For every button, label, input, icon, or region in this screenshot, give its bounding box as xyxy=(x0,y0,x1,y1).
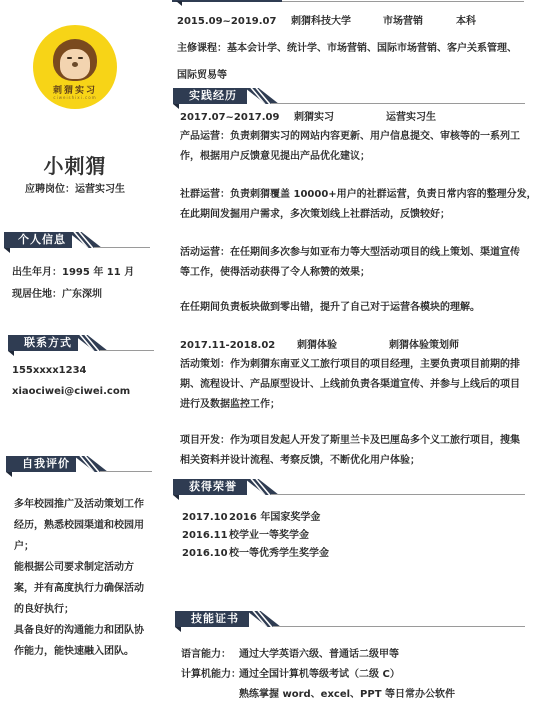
eval-line: 作能力，能快速融入团队。 xyxy=(14,641,154,662)
job-company: 刺猬体验 xyxy=(297,339,337,353)
eye-left xyxy=(67,57,72,59)
section-header-experience: 实践经历 xyxy=(173,86,525,108)
job-item-line: 活动策划：作为刺猬东南亚义工旅行项目的项目经理，主要负责项目前期的排 xyxy=(180,355,520,375)
job-item-line: 在此期间发掘用户需求，多次策划线上社群活动，反馈较好； xyxy=(180,205,537,225)
job-item: 项目开发：作为项目发起人开发了斯里兰卡及巴厘岛多个义工旅行项目，搜集 相关资料并… xyxy=(180,431,520,471)
candidate-name: 小刺猬 xyxy=(0,150,150,179)
honor-name: 校一等优秀学生奖学金 xyxy=(229,547,329,561)
job-item-line: 等工作，使得活动获得了令人称赞的效果； xyxy=(180,263,520,283)
job-item-line: 在任期间负责板块做到零出错，提升了自己对于运营各模块的理解。 xyxy=(180,298,480,318)
job-item-line: 社群运营：负责刺猬覆盖 10000+用户的社群运营，负责日常内容的整理分发， xyxy=(180,185,537,205)
eval-line: 能根据公司要求制定活动方 xyxy=(14,557,154,578)
section-header-self-evaluation: 自我评价 xyxy=(6,454,152,476)
honor-date: 2017.10 xyxy=(182,511,228,525)
section-title: 技能证书 xyxy=(191,611,239,627)
birth-date: 出生年月：1995 年 11 月 xyxy=(12,266,134,280)
job-role: 运营实习生 xyxy=(386,111,436,125)
job-company: 刺猬实习 xyxy=(294,111,334,125)
eval-line: 户； xyxy=(14,536,154,557)
job-item: 社群运营：负责刺猬覆盖 10000+用户的社群运营，负责日常内容的整理分发， 在… xyxy=(180,185,537,225)
self-evaluation-text: 多年校园推广及活动策划工作 经历，熟悉校园渠道和校园用 户； 能根据公司要求制定… xyxy=(14,494,154,662)
hedgehog-face xyxy=(60,49,90,79)
honor-name: 2016 年国家奖学金 xyxy=(229,511,320,525)
section-header-personal-info: 个人信息 xyxy=(4,230,150,252)
eval-line: 案，并有高度执行力确保活动 xyxy=(14,578,154,599)
section-title: 实践经历 xyxy=(189,88,237,104)
skill-computer-value: 通过全国计算机等级考试（二级 C） xyxy=(239,668,400,682)
skill-language-label: 语言能力： xyxy=(181,648,231,662)
job-item-line: 产品运营：负责刺猬实习的网站内容更新、用户信息提交、审核等的一系列工 xyxy=(180,127,520,147)
eval-line: 多年校园推广及活动策划工作 xyxy=(14,494,154,515)
applied-position: 应聘岗位：运营实习生 xyxy=(0,183,150,197)
job-item-line: 期、流程设计、产品原型设计、上线前负责各渠道宣传、并参与上线后的项目 xyxy=(180,375,520,395)
job-item-line: 项目开发：作为项目发起人开发了斯里兰卡及巴厘岛多个义工旅行项目，搜集 xyxy=(180,431,520,451)
section-header-honors: 获得荣誉 xyxy=(173,477,525,499)
eval-line: 的良好执行； xyxy=(14,599,154,620)
eval-line: 经历，熟悉校园渠道和校园用 xyxy=(14,515,154,536)
nose xyxy=(72,62,78,67)
job-role: 刺猬体验策划师 xyxy=(389,339,459,353)
job-item-line: 活动运营：在任期间多次参与如亚布力等大型活动项目的线上策划、渠道宣传 xyxy=(180,243,520,263)
education-major: 市场营销 xyxy=(383,15,423,29)
eval-line: 具备良好的沟通能力和团队协 xyxy=(14,620,154,641)
honor-name: 校学业一等奖学金 xyxy=(229,529,309,543)
job-item: 活动运营：在任期间多次参与如亚布力等大型活动项目的线上策划、渠道宣传 等工作，使… xyxy=(180,243,520,283)
section-title: 获得荣誉 xyxy=(189,479,237,495)
section-header-contact: 联系方式 xyxy=(8,333,154,355)
education-courses: 主修课程：基本会计学、统计学、市场营销、国际市场营销、客户关系管理、 xyxy=(177,42,517,56)
job-item: 产品运营：负责刺猬实习的网站内容更新、用户信息提交、审核等的一系列工 作，根据用… xyxy=(180,127,520,167)
section-header-skills: 技能证书 xyxy=(175,609,525,631)
job-item-line: 作，根据用户反馈意见提出产品优化建议； xyxy=(180,147,520,167)
education-courses-cont: 国际贸易等 xyxy=(177,69,227,83)
honor-date: 2016.11 xyxy=(182,529,228,543)
section-title: 联系方式 xyxy=(24,335,72,351)
job-item-line: 进行及数据监控工作； xyxy=(180,395,520,415)
job-item: 在任期间负责板块做到零出错，提升了自己对于运营各模块的理解。 xyxy=(180,298,480,318)
job-item: 活动策划：作为刺猬东南亚义工旅行项目的项目经理，主要负责项目前期的排 期、流程设… xyxy=(180,355,520,415)
skill-computer-value-2: 熟练掌握 word、excel、PPT 等日常办公软件 xyxy=(239,688,455,702)
eye-right xyxy=(78,57,83,59)
avatar: 刺猬实习 ciweishixi.com xyxy=(33,25,117,109)
phone[interactable]: 155xxxx1234 xyxy=(12,364,87,378)
section-title: 自我评价 xyxy=(22,456,70,472)
residence: 现居住地：广东深圳 xyxy=(12,288,102,302)
education-degree: 本科 xyxy=(456,15,476,29)
education-header-remnant xyxy=(172,0,552,8)
section-title: 个人信息 xyxy=(18,232,66,248)
education-period: 2015.09~2019.07 xyxy=(177,15,276,29)
skill-language-value: 通过大学英语六级、普通话二级甲等 xyxy=(239,648,399,662)
job-period: 2017.11-2018.02 xyxy=(180,339,275,353)
honor-date: 2016.10 xyxy=(182,547,228,561)
job-item-line: 相关资料并设计流程、考察反馈，不断优化用户体验； xyxy=(180,451,520,471)
education-school: 刺猬科技大学 xyxy=(291,15,351,29)
email[interactable]: xiaociwei@ciwei.com xyxy=(12,385,130,399)
job-period: 2017.07~2017.09 xyxy=(180,111,279,125)
avatar-url: ciweishixi.com xyxy=(33,95,117,100)
skill-computer-label: 计算机能力： xyxy=(181,668,241,682)
